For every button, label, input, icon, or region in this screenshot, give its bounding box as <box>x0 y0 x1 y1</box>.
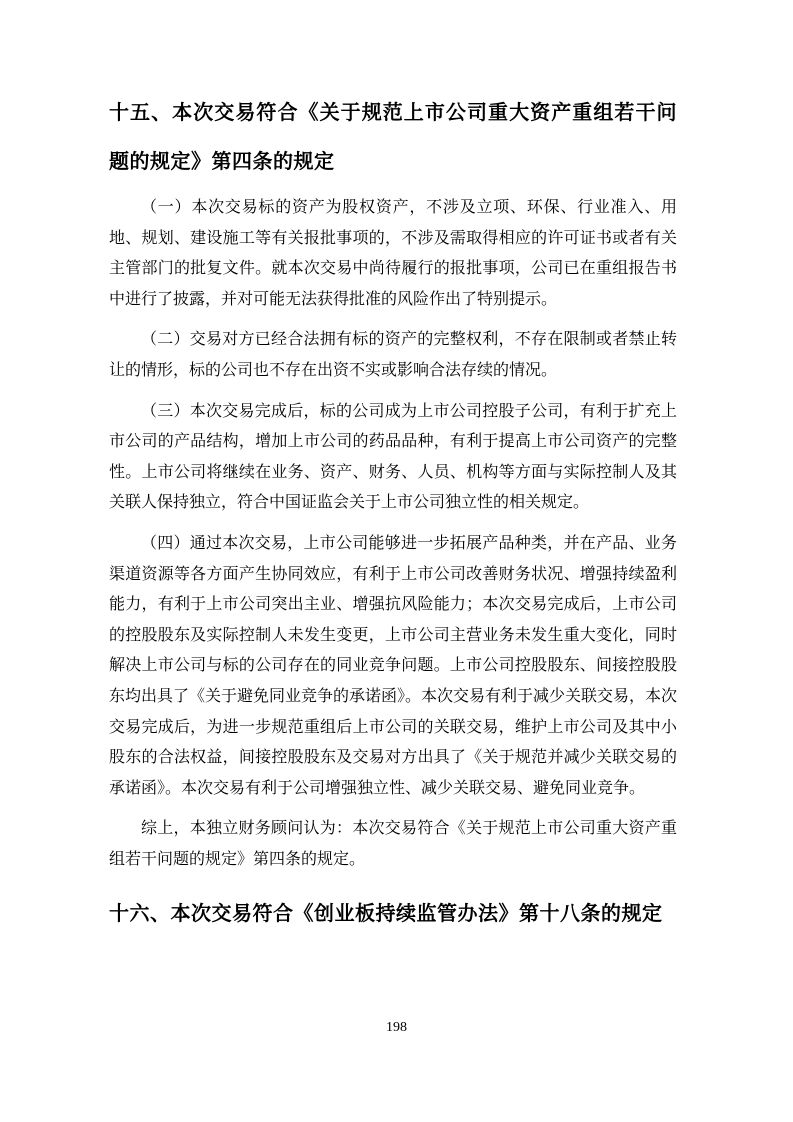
paragraph-conclusion: 综上，本独立财务顾问认为：本次交易符合《关于规范上市公司重大资产重组若干问题的规… <box>109 814 677 875</box>
paragraph-4: （四）通过本次交易，上市公司能够进一步拓展产品种类，并在产品、业务渠道资源等各方… <box>109 529 677 804</box>
paragraph-1: （一）本次交易标的资产为股权资产，不涉及立项、环保、行业准入、用地、规划、建设施… <box>109 193 677 315</box>
page-content: 十五、本次交易符合《关于规范上市公司重大资产重组若干问题的规定》第四条的规定 （… <box>0 0 793 938</box>
section-heading-16: 十六、本次交易符合《创业板持续监管办法》第十八条的规定 <box>109 889 677 938</box>
paragraph-3: （三）本次交易完成后，标的公司成为上市公司控股子公司，有利于扩充上市公司的产品结… <box>109 397 677 519</box>
section-heading-15: 十五、本次交易符合《关于规范上市公司重大资产重组若干问题的规定》第四条的规定 <box>109 88 677 186</box>
page-number: 198 <box>0 1020 793 1036</box>
paragraph-2: （二）交易对方已经合法拥有标的资产的完整权利，不存在限制或者禁止转让的情形，标的… <box>109 325 677 386</box>
document-page: 十五、本次交易符合《关于规范上市公司重大资产重组若干问题的规定》第四条的规定 （… <box>0 0 793 1122</box>
